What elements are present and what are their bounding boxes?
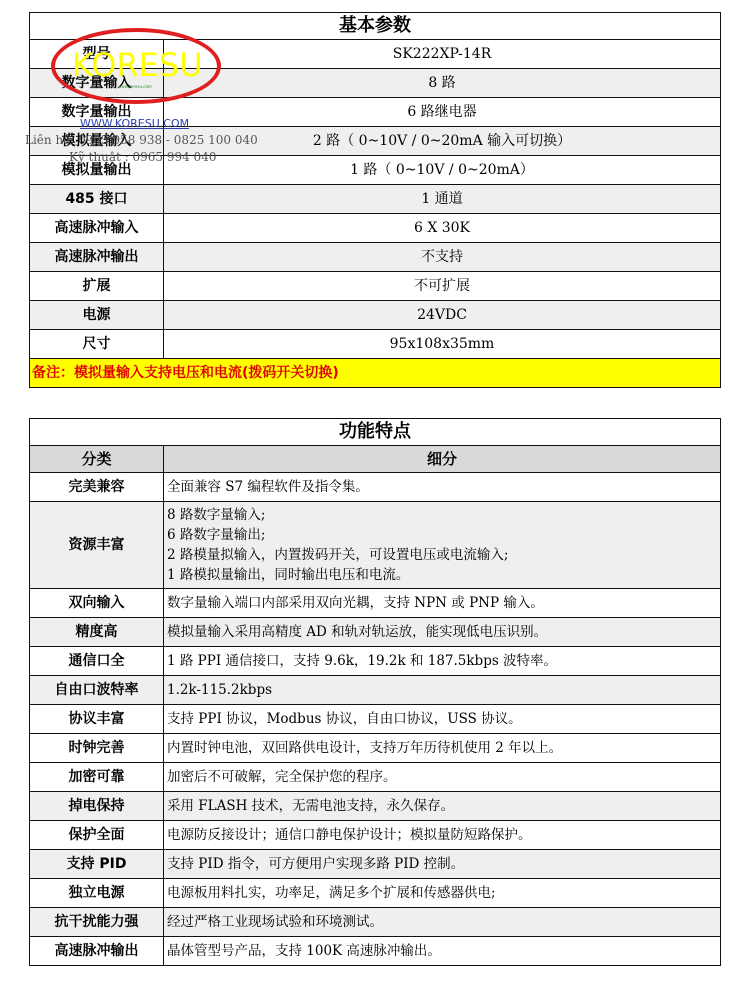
basic-params-title: 基本参数 — [30, 13, 721, 40]
feature-detail: 采用 FLASH 技术，无需电池支持，永久保存。 — [164, 792, 721, 821]
spec-value: 不支持 — [164, 243, 721, 272]
feature-row: 协议丰富 支持 PPI 协议，Modbus 协议，自由口协议，USS 协议。 — [30, 705, 721, 734]
feature-detail-line: 8 路数字量输入; — [167, 505, 720, 525]
feature-category: 完美兼容 — [30, 473, 164, 502]
spec-label: 电源 — [30, 301, 164, 330]
spec-label: 扩展 — [30, 272, 164, 301]
feature-detail: 模拟量输入采用高精度 AD 和轨对轨运放，能实现低电压识别。 — [164, 618, 721, 647]
spec-label: 尺寸 — [30, 330, 164, 359]
feature-category: 协议丰富 — [30, 705, 164, 734]
spec-label: 高速脉冲输出 — [30, 243, 164, 272]
spec-label: 485 接口 — [30, 185, 164, 214]
feature-category: 时钟完善 — [30, 734, 164, 763]
feature-detail: 经过严格工业现场试验和环境测试。 — [164, 908, 721, 937]
feature-detail-line: 2 路模量拟输入，内置拨码开关，可设置电压或电流输入; — [167, 545, 720, 565]
feature-category: 通信口全 — [30, 647, 164, 676]
feature-category: 加密可靠 — [30, 763, 164, 792]
spec-row-analog-output: 模拟量输出 1 路（ 0~10V / 0~20mA） — [30, 156, 721, 185]
feature-row: 时钟完善 内置时钟电池，双回路供电设计，支持万年历待机使用 2 年以上。 — [30, 734, 721, 763]
feature-row: 高速脉冲输出 晶体管型号产品，支持 100K 高速脉冲输出。 — [30, 937, 721, 966]
feature-detail: 内置时钟电池，双回路供电设计，支持万年历待机使用 2 年以上。 — [164, 734, 721, 763]
spec-row-model: 型号 SK222XP-14R — [30, 40, 721, 69]
feature-row: 精度高 模拟量输入采用高精度 AD 和轨对轨运放，能实现低电压识别。 — [30, 618, 721, 647]
feature-detail-line: 1 路模拟量输出，同时输出电压和电流。 — [167, 565, 720, 585]
feature-row: 抗干扰能力强 经过严格工业现场试验和环境测试。 — [30, 908, 721, 937]
spec-label: 数字量输出 — [30, 98, 164, 127]
features-title: 功能特点 — [30, 419, 721, 446]
spec-row-expansion: 扩展 不可扩展 — [30, 272, 721, 301]
feature-detail: 电源板用料扎实，功率足，满足多个扩展和传感器供电; — [164, 879, 721, 908]
spec-value: 95x108x35mm — [164, 330, 721, 359]
feature-detail-line: 6 路数字量输出; — [167, 525, 720, 545]
spec-value: 1 通道 — [164, 185, 721, 214]
spec-row-power: 电源 24VDC — [30, 301, 721, 330]
feature-category: 抗干扰能力强 — [30, 908, 164, 937]
feature-row: 掉电保持 采用 FLASH 技术，无需电池支持，永久保存。 — [30, 792, 721, 821]
feature-category: 支持 PID — [30, 850, 164, 879]
feature-row: 资源丰富 8 路数字量输入; 6 路数字量输出; 2 路模量拟输入，内置拨码开关… — [30, 502, 721, 589]
feature-row: 加密可靠 加密后不可破解，完全保护您的程序。 — [30, 763, 721, 792]
spec-note: 备注：模拟量输入支持电压和电流(拨码开关切换) — [30, 359, 721, 388]
feature-row: 自由口波特率 1.2k-115.2kbps — [30, 676, 721, 705]
feature-detail: 1.2k-115.2kbps — [164, 676, 721, 705]
spec-row-hs-pulse-output: 高速脉冲输出 不支持 — [30, 243, 721, 272]
feature-row: 保护全面 电源防反接设计；通信口静电保护设计；模拟量防短路保护。 — [30, 821, 721, 850]
features-header-row: 分类 细分 — [30, 446, 721, 473]
spec-label: 模拟量输入 — [30, 127, 164, 156]
feature-category: 资源丰富 — [30, 502, 164, 589]
detail-header: 细分 — [164, 446, 721, 473]
feature-category: 掉电保持 — [30, 792, 164, 821]
spec-row-hs-pulse-input: 高速脉冲输入 6 X 30K — [30, 214, 721, 243]
spec-row-size: 尺寸 95x108x35mm — [30, 330, 721, 359]
feature-category: 独立电源 — [30, 879, 164, 908]
feature-row: 独立电源 电源板用料扎实，功率足，满足多个扩展和传感器供电; — [30, 879, 721, 908]
feature-row: 双向输入 数字量输入端口内部采用双向光耦，支持 NPN 或 PNP 输入。 — [30, 589, 721, 618]
basic-params-table: 基本参数 型号 SK222XP-14R 数字量输入 8 路 数字量输出 6 路继… — [29, 12, 721, 388]
spec-note-row: 备注：模拟量输入支持电压和电流(拨码开关切换) — [30, 359, 721, 388]
feature-detail: 加密后不可破解，完全保护您的程序。 — [164, 763, 721, 792]
spec-label: 高速脉冲输入 — [30, 214, 164, 243]
feature-detail: 支持 PPI 协议，Modbus 协议，自由口协议，USS 协议。 — [164, 705, 721, 734]
spec-value: 8 路 — [164, 69, 721, 98]
spec-label: 模拟量输出 — [30, 156, 164, 185]
spec-value: 24VDC — [164, 301, 721, 330]
spec-value: 1 路（ 0~10V / 0~20mA） — [164, 156, 721, 185]
spec-label: 数字量输入 — [30, 69, 164, 98]
feature-row: 通信口全 1 路 PPI 通信接口，支持 9.6k，19.2k 和 187.5k… — [30, 647, 721, 676]
feature-row: 完美兼容 全面兼容 S7 编程软件及指令集。 — [30, 473, 721, 502]
category-header: 分类 — [30, 446, 164, 473]
feature-detail: 晶体管型号产品，支持 100K 高速脉冲输出。 — [164, 937, 721, 966]
spec-value: 2 路（ 0~10V / 0~20mA 输入可切换） — [164, 127, 721, 156]
spec-value: 不可扩展 — [164, 272, 721, 301]
spec-row-digital-output: 数字量输出 6 路继电器 — [30, 98, 721, 127]
feature-detail: 电源防反接设计；通信口静电保护设计；模拟量防短路保护。 — [164, 821, 721, 850]
feature-detail: 支持 PID 指令，可方便用户实现多路 PID 控制。 — [164, 850, 721, 879]
features-table: 功能特点 分类 细分 完美兼容 全面兼容 S7 编程软件及指令集。 资源丰富 8… — [29, 418, 721, 966]
feature-detail: 8 路数字量输入; 6 路数字量输出; 2 路模量拟输入，内置拨码开关，可设置电… — [164, 502, 721, 589]
feature-detail: 1 路 PPI 通信接口，支持 9.6k，19.2k 和 187.5kbps 波… — [164, 647, 721, 676]
spec-value: 6 路继电器 — [164, 98, 721, 127]
spec-value: SK222XP-14R — [164, 40, 721, 69]
spec-row-analog-input: 模拟量输入 2 路（ 0~10V / 0~20mA 输入可切换） — [30, 127, 721, 156]
spec-row-485: 485 接口 1 通道 — [30, 185, 721, 214]
feature-category: 自由口波特率 — [30, 676, 164, 705]
spec-value: 6 X 30K — [164, 214, 721, 243]
feature-detail: 数字量输入端口内部采用双向光耦，支持 NPN 或 PNP 输入。 — [164, 589, 721, 618]
feature-category: 双向输入 — [30, 589, 164, 618]
feature-category: 高速脉冲输出 — [30, 937, 164, 966]
spec-label: 型号 — [30, 40, 164, 69]
feature-category: 精度高 — [30, 618, 164, 647]
feature-category: 保护全面 — [30, 821, 164, 850]
feature-detail: 全面兼容 S7 编程软件及指令集。 — [164, 473, 721, 502]
feature-row: 支持 PID 支持 PID 指令，可方便用户实现多路 PID 控制。 — [30, 850, 721, 879]
spec-row-digital-input: 数字量输入 8 路 — [30, 69, 721, 98]
